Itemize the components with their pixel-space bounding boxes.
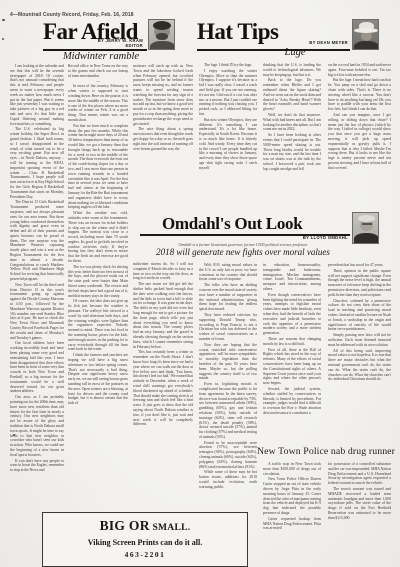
- ad-tagline: Viking Screen Prints can do it all.: [43, 538, 247, 547]
- police-article-headline: New Town Police nab drug runner: [257, 446, 395, 457]
- meyer-headshot-photo: [352, 19, 379, 50]
- cowboy-hat-brim: [354, 28, 378, 33]
- omdahl-headshot-photo: [352, 212, 379, 244]
- far-afield-column-3a: moisture will catch up with us. New Town…: [133, 64, 193, 212]
- omdahl-column-2: in education, homosexuality, transgender…: [263, 263, 321, 443]
- hat-tips-column-1: The luge. I think I'll try the luge.I en…: [199, 63, 257, 212]
- hat-tips-title: Hat Tips: [197, 20, 278, 43]
- newspaper-page: 4—Mountrail County Record, Friday, Feb. …: [0, 0, 400, 567]
- hat-tips-column-3: on the ice real hard in 1954 and said ne…: [328, 63, 391, 212]
- far-afield-byline: BY JERRY W. KRAM EDITOR: [55, 39, 143, 49]
- midwinter-ramble-headline: Midwinter ramble: [10, 51, 192, 62]
- far-afield-column-1: I am looking at the calendar and see tha…: [10, 64, 64, 507]
- scan-artifact: [2, 19, 5, 21]
- page-folio: 4—Mountrail County Record, Friday, Feb. …: [10, 12, 134, 18]
- police-column-2: for possession of a controlled substance…: [328, 462, 391, 550]
- hat-tips-byline: BY DEAN MEYER: [258, 41, 348, 46]
- ad-headline-big: BIG OR: [100, 518, 150, 533]
- hair: [153, 21, 171, 30]
- ad-headline-small: SMALL.: [150, 523, 191, 533]
- omdahl-column-3: precedent that has stood for 47 years.Th…: [328, 263, 391, 443]
- suit-shoulders: [354, 233, 379, 244]
- viking-screen-prints-ad: BIG OR SMALL. Viking Screen Prints can d…: [42, 512, 248, 567]
- omdahl-title: Omdahl's Out Look: [162, 214, 302, 234]
- shoulders: [150, 41, 175, 50]
- byline-role: EDITOR: [55, 44, 143, 49]
- glasses: [362, 223, 372, 225]
- ad-phone-number: 463-2201: [43, 550, 247, 559]
- scan-artifact: [2, 38, 4, 40]
- kram-headshot-photo: [148, 19, 175, 50]
- omdahl-column-1: With 81% rating moral values in the U.S.…: [199, 263, 257, 529]
- beard: [156, 33, 168, 40]
- far-afield-column-2: Record office in New Town on the way to …: [68, 64, 128, 507]
- far-afield-column-3b: midwinter storms do. So I will not compl…: [133, 262, 193, 507]
- police-column-1: A traffic stop in New Town took more tha…: [263, 462, 321, 536]
- luge-headline: Luge: [199, 47, 391, 58]
- hat-tips-column-2: thinking that the U.S. is leading the wo…: [263, 63, 321, 212]
- ad-headline: BIG OR SMALL.: [43, 519, 247, 535]
- omdahl-subheadline: 2018 will generate new fights over moral…: [136, 247, 350, 257]
- white-hair: [358, 215, 375, 222]
- omdahl-byline: BY LLOYD OMDAHL: [250, 236, 348, 241]
